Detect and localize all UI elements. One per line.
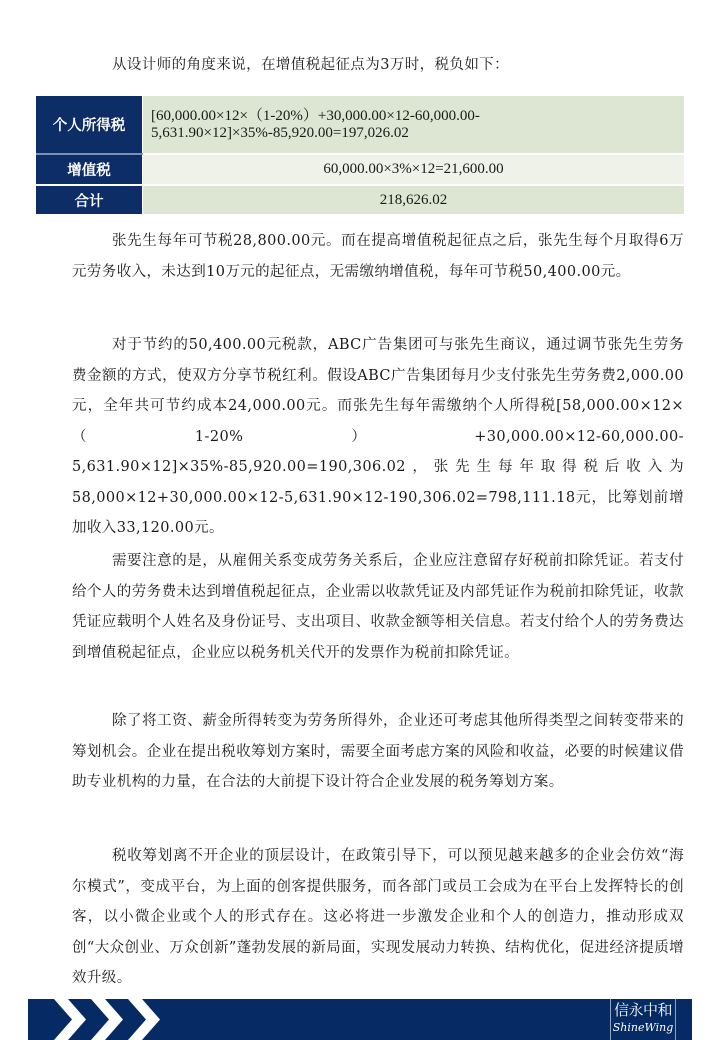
paragraph-negotiation: 对于节约的50,400.00元税款，ABC广告集团可与张先生商议，通过调节张先生… bbox=[72, 330, 684, 544]
table-row-total: 合计 218,626.02 bbox=[36, 185, 684, 214]
tax-burden-table: 个人所得税 [60,000.00×12×（1-20%）+30,000.00×12… bbox=[36, 96, 684, 214]
logo-chinese-name: 信永中和 bbox=[611, 1001, 675, 1020]
row-label-vat: 增值税 bbox=[36, 154, 143, 185]
paragraph-deduction-vouchers: 需要注意的是，从雇佣关系变成劳务关系后，企业应注意留存好税前扣除凭证。若支付给个… bbox=[72, 546, 684, 668]
table-row-income-tax: 个人所得税 [60,000.00×12×（1-20%）+30,000.00×12… bbox=[36, 96, 684, 154]
paragraph-savings: 张先生每年可节税28,800.00元。而在提高增值税起征点之后，张先生每个月取得… bbox=[72, 226, 684, 287]
paragraph-top-level-design: 税收筹划离不开企业的顶层设计，在政策引导下，可以预见越来越多的企业会仿效“海尔模… bbox=[72, 841, 684, 994]
company-logo: 信永中和 ShineWing bbox=[610, 999, 676, 1040]
row-value-vat: 60,000.00×3%×12=21,600.00 bbox=[143, 154, 685, 185]
intro-text: 从设计师的角度来说，在增值税起征点为3万时，税负如下： bbox=[72, 54, 684, 76]
footer-band: 信永中和 ShineWing bbox=[28, 999, 692, 1040]
logo-english-name: ShineWing bbox=[611, 1020, 675, 1036]
paragraph-other-income-types: 除了将工资、薪金所得转变为劳务所得外，企业还可考虑其他所得类型之间转变带来的筹划… bbox=[72, 706, 684, 798]
row-value-income-tax: [60,000.00×12×（1-20%）+30,000.00×12-60,00… bbox=[143, 96, 685, 154]
document-page: 从设计师的角度来说，在增值税起征点为3万时，税负如下： 个人所得税 [60,00… bbox=[0, 0, 720, 1040]
row-value-total: 218,626.02 bbox=[143, 185, 685, 214]
row-label-total: 合计 bbox=[36, 185, 143, 214]
table-row-vat: 增值税 60,000.00×3%×12=21,600.00 bbox=[36, 154, 684, 185]
row-label-income-tax: 个人所得税 bbox=[36, 96, 143, 154]
chevron-arrows-icon bbox=[28, 999, 198, 1040]
